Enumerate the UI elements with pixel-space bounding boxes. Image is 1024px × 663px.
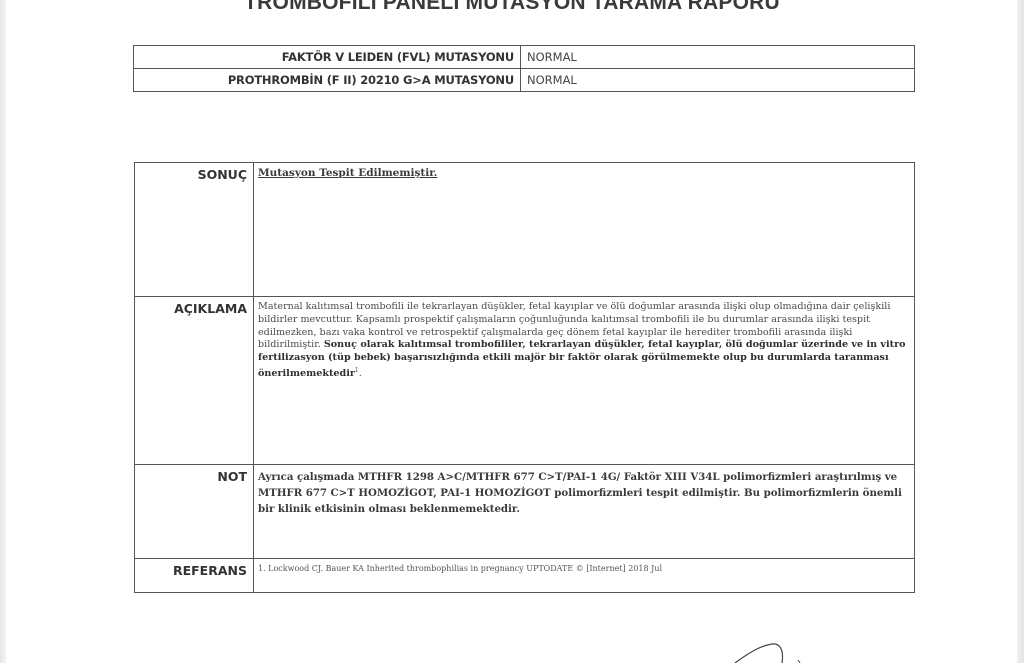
note-text: Ayrıca çalışmada MTHFR 1298 A>C/MTHFR 67… <box>258 471 902 515</box>
section-content: 1. Lockwood CJ. Bauer KA Inherited throm… <box>254 559 915 593</box>
result-value: NORMAL <box>521 46 915 69</box>
result-value: NORMAL <box>521 69 915 92</box>
result-row-fvl: FAKTÖR V LEIDEN (FVL) MUTASYONU NORMAL <box>134 46 915 69</box>
result-label: PROTHROMBİN (F II) 20210 G>A MUTASYONU <box>134 69 521 92</box>
conclusion-text: Mutasyon Tespit Edilmemiştir. <box>258 167 437 179</box>
mutation-results-table: FAKTÖR V LEIDEN (FVL) MUTASYONU NORMAL P… <box>133 45 915 92</box>
page-edge-left <box>0 0 6 663</box>
section-label: SONUÇ <box>135 163 254 297</box>
result-row-prothrombin: PROTHROMBİN (F II) 20210 G>A MUTASYONU N… <box>134 69 915 92</box>
explanation-end: . <box>359 368 362 379</box>
result-label: FAKTÖR V LEIDEN (FVL) MUTASYONU <box>134 46 521 69</box>
section-content: Ayrıca çalışmada MTHFR 1298 A>C/MTHFR 67… <box>254 465 915 559</box>
section-content: Mutasyon Tespit Edilmemiştir. <box>254 163 915 297</box>
section-label: AÇIKLAMA <box>135 297 254 465</box>
page-edge-right <box>1017 0 1024 663</box>
signature-mark <box>730 640 810 663</box>
report-title: TROMBOFİLİ PANELİ MUTASYON TARAMA RAPORU <box>0 0 1024 15</box>
reference-text: 1. Lockwood CJ. Bauer KA Inherited throm… <box>258 564 662 573</box>
section-aciklama: AÇIKLAMA Maternal kalıtımsal trombofili … <box>135 297 915 465</box>
section-sonuc: SONUÇ Mutasyon Tespit Edilmemiştir. <box>135 163 915 297</box>
section-content: Maternal kalıtımsal trombofili ile tekra… <box>254 297 915 465</box>
report-details-table: SONUÇ Mutasyon Tespit Edilmemiştir. AÇIK… <box>134 162 915 593</box>
section-not: NOT Ayrıca çalışmada MTHFR 1298 A>C/MTHF… <box>135 465 915 559</box>
section-label: NOT <box>135 465 254 559</box>
section-label: REFERANS <box>135 559 254 593</box>
section-referans: REFERANS 1. Lockwood CJ. Bauer KA Inheri… <box>135 559 915 593</box>
